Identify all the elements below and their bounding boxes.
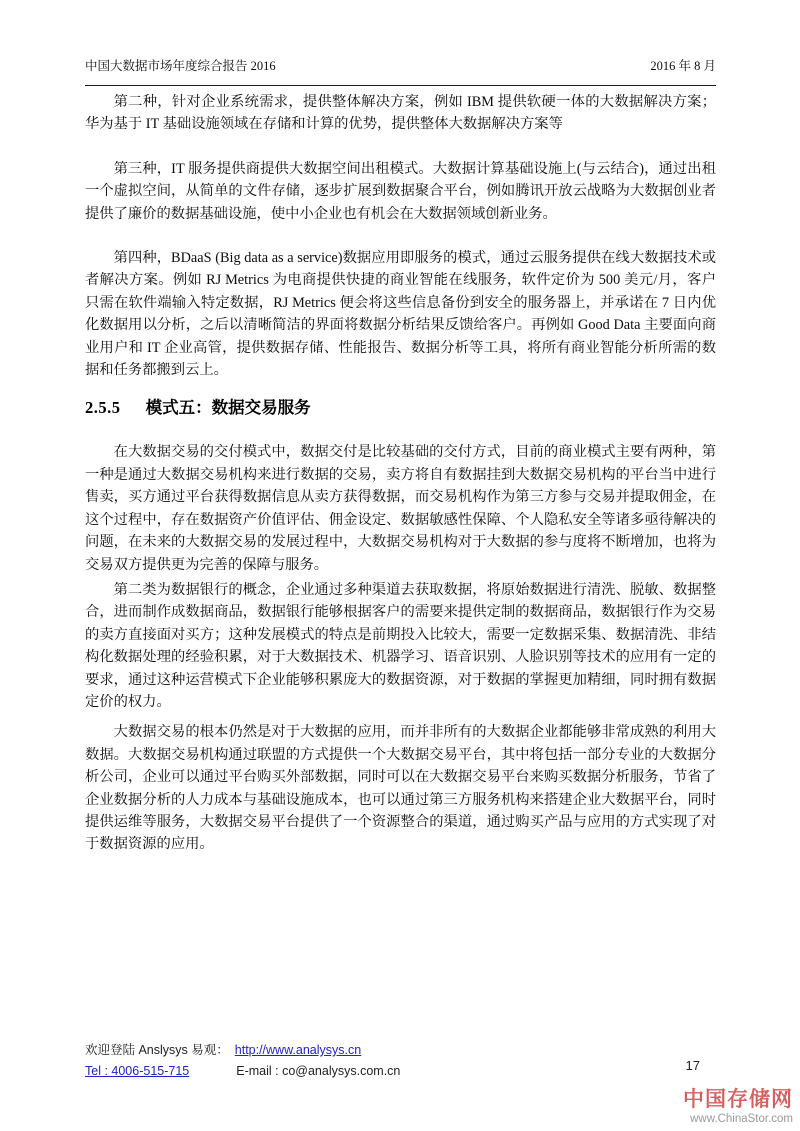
footer-welcome-text: 欢迎登陆 Anslysys 易观：: [85, 1043, 229, 1057]
paragraph-mode-3: 第三种，IT 服务提供商提供大数据空间出租模式。大数据计算基础设施上(与云结合)…: [85, 158, 716, 225]
footer-line-1: 欢迎登陆 Anslysys 易观：http://www.analysys.cn: [85, 1040, 716, 1061]
report-title: 中国大数据市场年度综合报告 2016: [85, 56, 276, 74]
email-text: E-mail : co@analysys.com.cn: [236, 1064, 400, 1078]
section-title: 模式五：数据交易服务: [146, 398, 311, 417]
watermark-url: www.ChinaStor.com: [683, 1113, 793, 1126]
page-footer: 欢迎登陆 Anslysys 易观：http://www.analysys.cn …: [85, 1040, 716, 1082]
document-page: 中国大数据市场年度综合报告 2016 2016 年 8 月 第二种，针对企业系统…: [0, 0, 800, 1131]
tel-link[interactable]: Tel : 4006-515-715: [85, 1064, 189, 1078]
site-url-link[interactable]: http://www.analysys.cn: [235, 1043, 361, 1057]
page-number: 17: [686, 1058, 700, 1073]
paragraph-trade-1: 在大数据交易的交付模式中，数据交付是比较基础的交付方式，目前的商业模式主要有两种…: [85, 441, 716, 575]
paragraph-mode-2: 第二种，针对企业系统需求，提供整体解决方案，例如 IBM 提供软硬一体的大数据解…: [85, 91, 716, 136]
section-heading: 2.5.5 模式五：数据交易服务: [85, 396, 716, 419]
paragraph-trade-3: 大数据交易的根本仍然是对于大数据的应用，而并非所有的大数据企业都能够非常成熟的利…: [85, 721, 716, 855]
document-body: 第二种，针对企业系统需求，提供整体解决方案，例如 IBM 提供软硬一体的大数据解…: [85, 91, 716, 856]
footer-line-2: Tel : 4006-515-715E-mail : co@analysys.c…: [85, 1061, 716, 1082]
chinastor-watermark: 中国存储网 www.ChinaStor.com: [683, 1088, 793, 1126]
section-number: 2.5.5: [85, 398, 121, 417]
report-date: 2016 年 8 月: [650, 56, 716, 74]
page-header: 中国大数据市场年度综合报告 2016 2016 年 8 月: [85, 56, 716, 86]
paragraph-trade-2: 第二类为数据银行的概念，企业通过多种渠道去获取数据，将原始数据进行清洗、脱敏、数…: [85, 579, 716, 713]
watermark-brand: 中国存储网: [683, 1088, 793, 1111]
paragraph-mode-4: 第四种，BDaaS (Big data as a service)数据应用即服务…: [85, 247, 716, 381]
